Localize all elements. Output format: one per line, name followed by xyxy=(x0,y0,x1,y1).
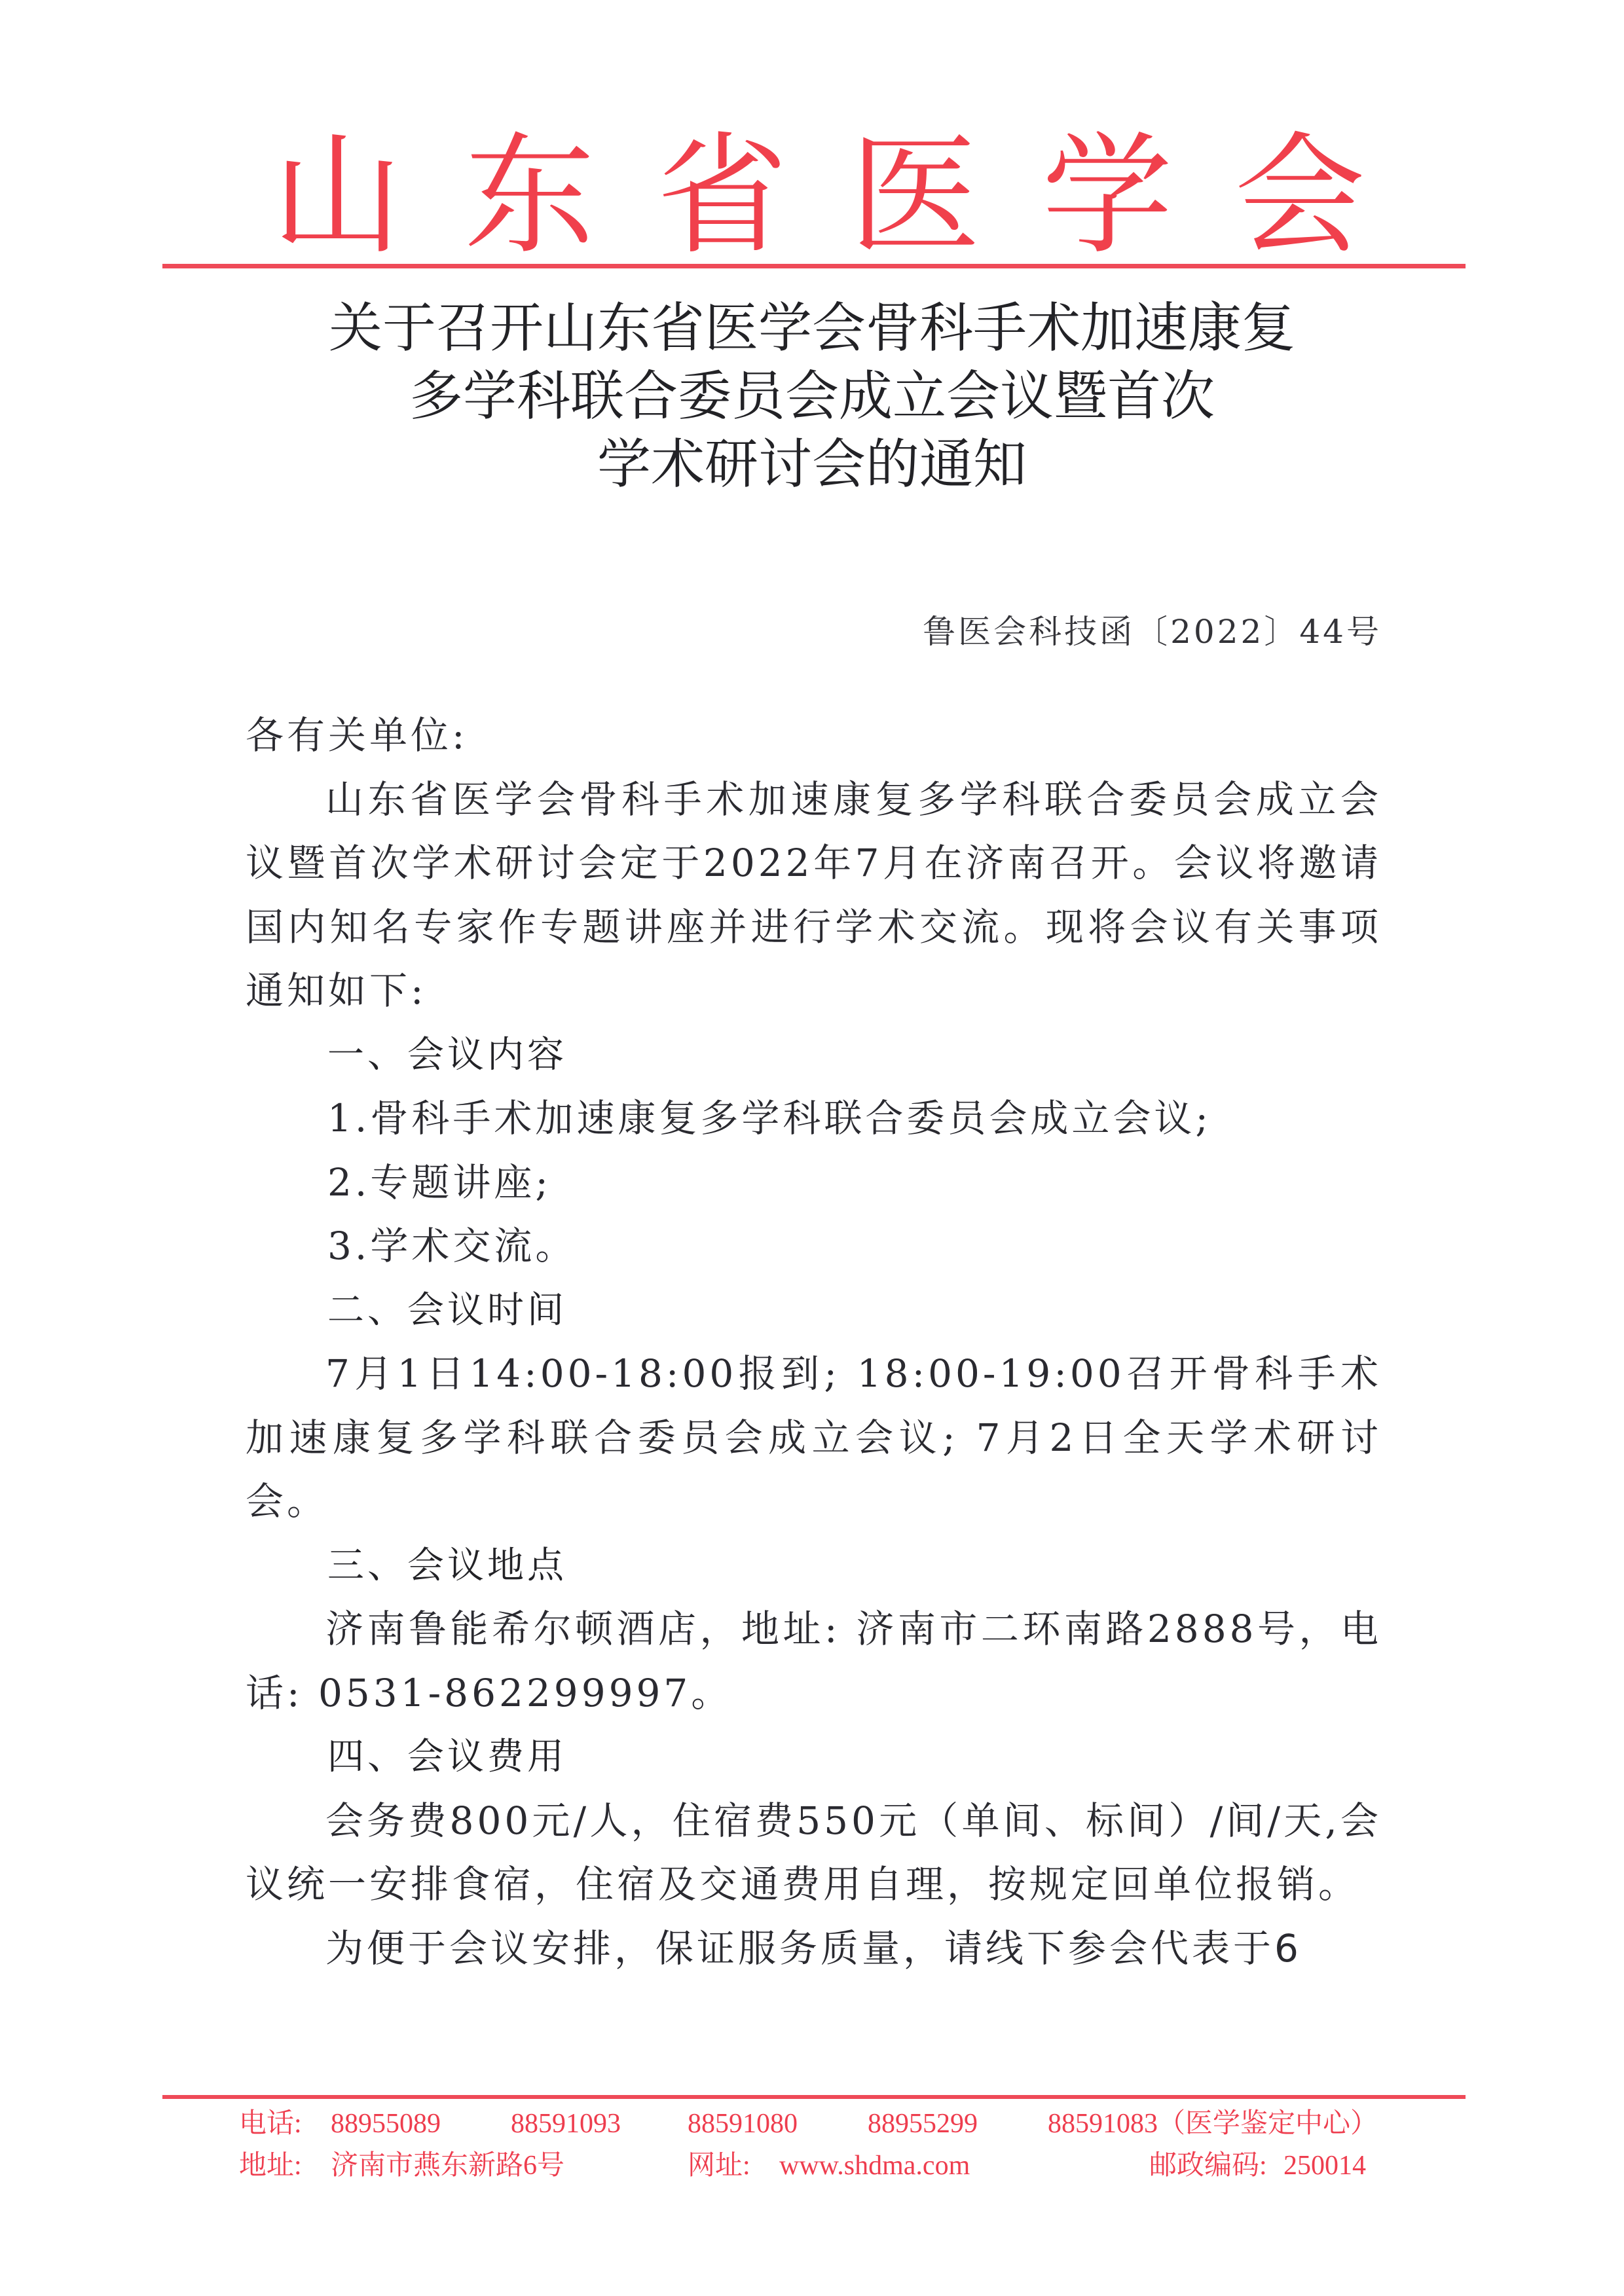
title-line: 关于召开山东省医学会骨科手术加速康复 xyxy=(0,295,1624,363)
section-heading: 三、会议地点 xyxy=(246,1534,1382,1598)
org-char: 山 xyxy=(268,124,406,268)
org-char: 医 xyxy=(846,124,984,268)
salutation: 各有关单位: xyxy=(246,704,1382,768)
letterhead-divider xyxy=(162,264,1466,268)
org-char: 学 xyxy=(1039,124,1176,268)
list-item: 3.学术交流。 xyxy=(246,1214,1382,1279)
org-char: 省 xyxy=(654,124,791,268)
document-title: 关于召开山东省医学会骨科手术加速康复 多学科联合委员会成立会议暨首次 学术研讨会… xyxy=(0,295,1624,499)
intro-paragraph: 山东省医学会骨科手术加速康复多学科联合委员会成立会议暨首次学术研讨会定于2022… xyxy=(246,768,1382,1023)
closing-paragraph: 为便于会议安排，保证服务质量，请线下参会代表于6 xyxy=(246,1917,1382,1981)
org-char: 会 xyxy=(1231,124,1369,268)
section-heading: 二、会议时间 xyxy=(246,1279,1382,1343)
website-link[interactable]: www.shdma.com xyxy=(779,2145,970,2187)
section-paragraph: 7月1日14:00-18:00报到; 18:00-19:00召开骨科手术加速康复… xyxy=(246,1342,1382,1534)
document-body: 各有关单位: 山东省医学会骨科手术加速康复多学科联合委员会成立会议暨首次学术研讨… xyxy=(246,704,1382,1980)
phone-number: 88591093 xyxy=(511,2103,621,2145)
letterhead-footer: 电话: 88955089 88591093 88591080 88955299 … xyxy=(0,2103,1624,2187)
phone-label: 电话: xyxy=(239,2103,302,2145)
list-item: 1.骨科手术加速康复多学科联合委员会成立会议; xyxy=(246,1087,1382,1151)
section-heading: 一、会议内容 xyxy=(246,1023,1382,1087)
list-item: 2.专题讲座; xyxy=(246,1151,1382,1215)
section-paragraph: 会务费800元/人，住宿费550元（单间、标间）/间/天,会议统一安排食宿，住宿… xyxy=(246,1789,1382,1917)
footer-phone-row: 电话: 88955089 88591093 88591080 88955299 … xyxy=(0,2103,1624,2145)
phone-number: 88955089 xyxy=(331,2103,441,2145)
phone-number: 88955299 xyxy=(868,2103,978,2145)
footer-address-row: 地址: 济南市燕东新路6号 网址: www.shdma.com 邮政编码: 25… xyxy=(0,2145,1624,2187)
website-label: 网址: xyxy=(688,2145,750,2187)
address-label: 地址: xyxy=(239,2145,302,2187)
phone-number: 88591080 xyxy=(688,2103,798,2145)
organization-name: 山 东 省 医 学 会 xyxy=(268,124,1369,268)
phone-number: 88591083（医学鉴定中心） xyxy=(1048,2103,1378,2145)
section-paragraph: 济南鲁能希尔顿酒店，地址: 济南市二环南路2888号，电话: 0531-8622… xyxy=(246,1597,1382,1725)
title-line: 学术研讨会的通知 xyxy=(0,431,1624,499)
title-line: 多学科联合委员会成立会议暨首次 xyxy=(0,363,1624,431)
document-number: 鲁医会科技函〔2022〕44号 xyxy=(851,612,1382,651)
address: 济南市燕东新路6号 xyxy=(331,2145,564,2187)
postcode: 250014 xyxy=(1283,2145,1366,2187)
letterhead: 山 东 省 医 学 会 xyxy=(0,118,1624,268)
org-char: 东 xyxy=(461,124,599,268)
footer-divider xyxy=(162,2095,1466,2099)
postcode-label: 邮政编码: xyxy=(1149,2145,1267,2187)
section-heading: 四、会议费用 xyxy=(246,1725,1382,1789)
